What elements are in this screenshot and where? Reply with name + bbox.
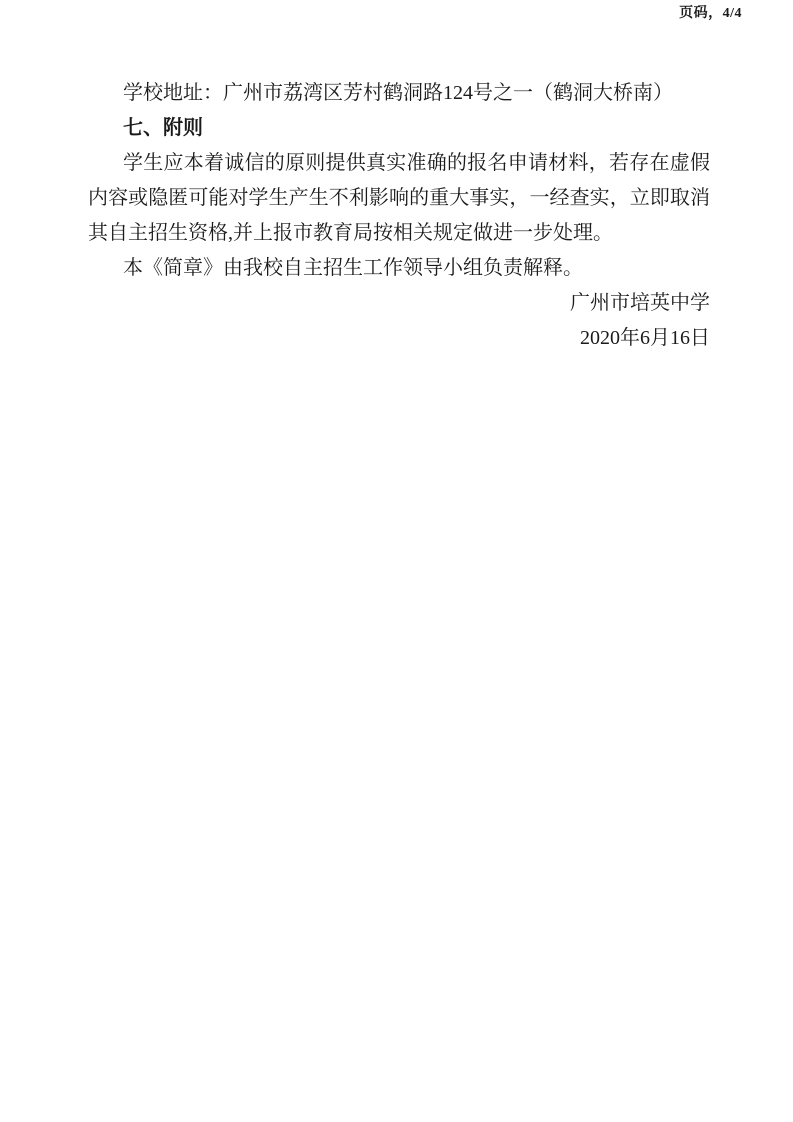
page-number-label: 页码，4/4 <box>679 2 742 22</box>
paragraph-line: 其自主招生资格,并上报市教育局按相关规定做进一步处理。 <box>88 216 710 251</box>
signature-date: 2020年6月16日 <box>88 321 710 356</box>
document-body: 学校地址：广州市荔湾区芳村鹤洞路124号之一（鹤洞大桥南） 七、附则 学生应本着… <box>88 76 710 356</box>
school-address-line: 学校地址：广州市荔湾区芳村鹤洞路124号之一（鹤洞大桥南） <box>88 76 710 111</box>
section-heading: 七、附则 <box>88 111 710 146</box>
document-page: 页码，4/4 学校地址：广州市荔湾区芳村鹤洞路124号之一（鹤洞大桥南） 七、附… <box>0 0 793 1122</box>
signature-block: 广州市培英中学 2020年6月16日 <box>88 286 710 356</box>
paragraph-line: 学生应本着诚信的原则提供真实准确的报名申请材料，若存在虚假 <box>88 146 710 181</box>
paragraph-line: 内容或隐匿可能对学生产生不利影响的重大事实，一经查实，立即取消 <box>88 181 710 216</box>
integrity-paragraph: 学生应本着诚信的原则提供真实准确的报名申请材料，若存在虚假 内容或隐匿可能对学生… <box>88 146 710 251</box>
signature-school-name: 广州市培英中学 <box>88 286 710 321</box>
closing-line: 本《简章》由我校自主招生工作领导小组负责解释。 <box>88 251 710 286</box>
